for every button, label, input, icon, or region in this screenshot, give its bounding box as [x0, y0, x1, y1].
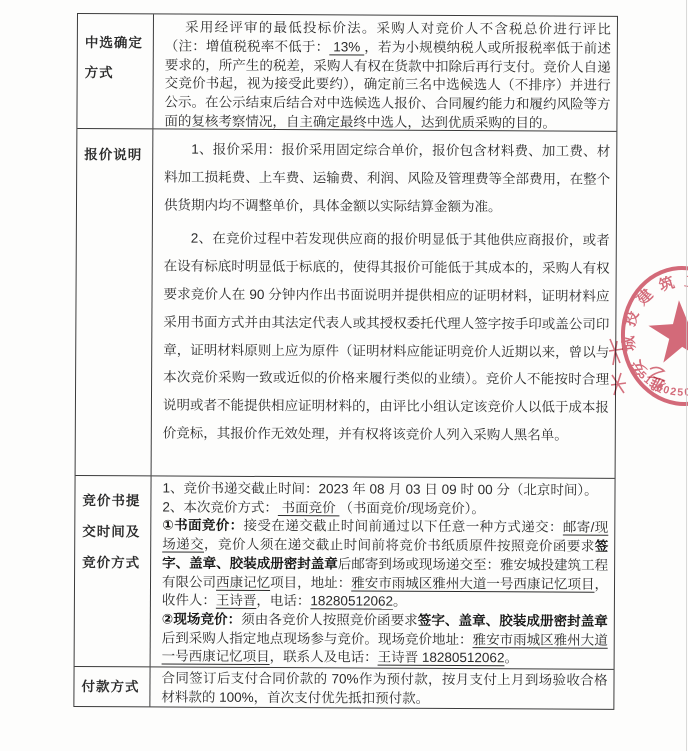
- row-content-quotation-notes: 1、报价采用：报价采用固定综合单价，报价包含材料费、加工费、材料加工损耗费、上车…: [152, 129, 617, 477]
- paragraph: ②现场竞价：须由各竞价人按照竞价函要求签字、盖章、胶装成册密封盖章后到采购人指定…: [162, 610, 608, 668]
- row-label-selection-method: 中选确定方式: [77, 14, 154, 128]
- handwritten-mark: [604, 335, 674, 405]
- scan-page-edge-line: [686, 0, 687, 751]
- scanned-document-page: 中选确定方式 采用经评审的最低投标价法。采购人对竞价人不含税总价进行评比（注：增…: [0, 0, 688, 751]
- row-content-bid-submission: 1、竞价书递交截止时间：2023 年 08 月 03 日 09 时 00 分（北…: [151, 476, 615, 668]
- paragraph: 采用经评审的最低投标价法。采购人对竞价人不含税总价进行评比（注：增值税税率不低于…: [164, 18, 611, 130]
- row-label-bid-submission: 竞价书提交时间及竞价方式: [75, 476, 152, 666]
- row-content-payment-method: 合同签订后支付合同价款的 70%作为预付款，按月支付上月到场验收合格材料款的 1…: [150, 667, 613, 708]
- table-row-selection-method: 中选确定方式 采用经评审的最低投标价法。采购人对竞价人不含税总价进行评比（注：增…: [77, 14, 617, 132]
- table-row-quotation-notes: 报价说明 1、报价采用：报价采用固定综合单价，报价包含材料费、加工费、材料加工损…: [76, 129, 617, 479]
- row-label-quotation-notes: 报价说明: [76, 129, 154, 475]
- paragraph: 合同签订后支付合同价款的 70%作为预付款，按月支付上月到场验收合格材料款的 1…: [161, 668, 607, 708]
- table-row-bid-submission: 竞价书提交时间及竞价方式 1、竞价书递交截止时间：2023 年 08 月 03 …: [75, 476, 615, 670]
- paragraph: ①书面竞价：接受在递交截止时间前通过以下任意一种方式递交：邮寄/现场递交，竞价人…: [162, 517, 608, 613]
- procurement-table: 中选确定方式 采用经评审的最低投标价法。采购人对竞价人不含税总价进行评比（注：增…: [73, 13, 618, 710]
- paragraph: 1、报价采用：报价采用固定综合单价，报价包含材料费、加工费、材料加工损耗费、上车…: [164, 135, 610, 221]
- row-content-selection-method: 采用经评审的最低投标价法。采购人对竞价人不含税总价进行评比（注：增值税税率不低于…: [153, 14, 617, 130]
- row-label-payment-method: 付款方式: [74, 667, 150, 706]
- table-row-payment-method: 付款方式 合同签订后支付合同价款的 70%作为预付款，按月支付上月到场验收合格材…: [74, 667, 613, 709]
- paragraph: 2、在竞价过程中若发现供应商的报价明显低于其他供应商报价，或者在设有标底时明显低…: [163, 225, 610, 450]
- paragraph: 2、本次竞价方式： 书面竞价 （书面竞价/现场竞价）。: [162, 498, 608, 519]
- paragraph: 1、竞价书递交截止时间：2023 年 08 月 03 日 09 时 00 分（北…: [162, 479, 608, 500]
